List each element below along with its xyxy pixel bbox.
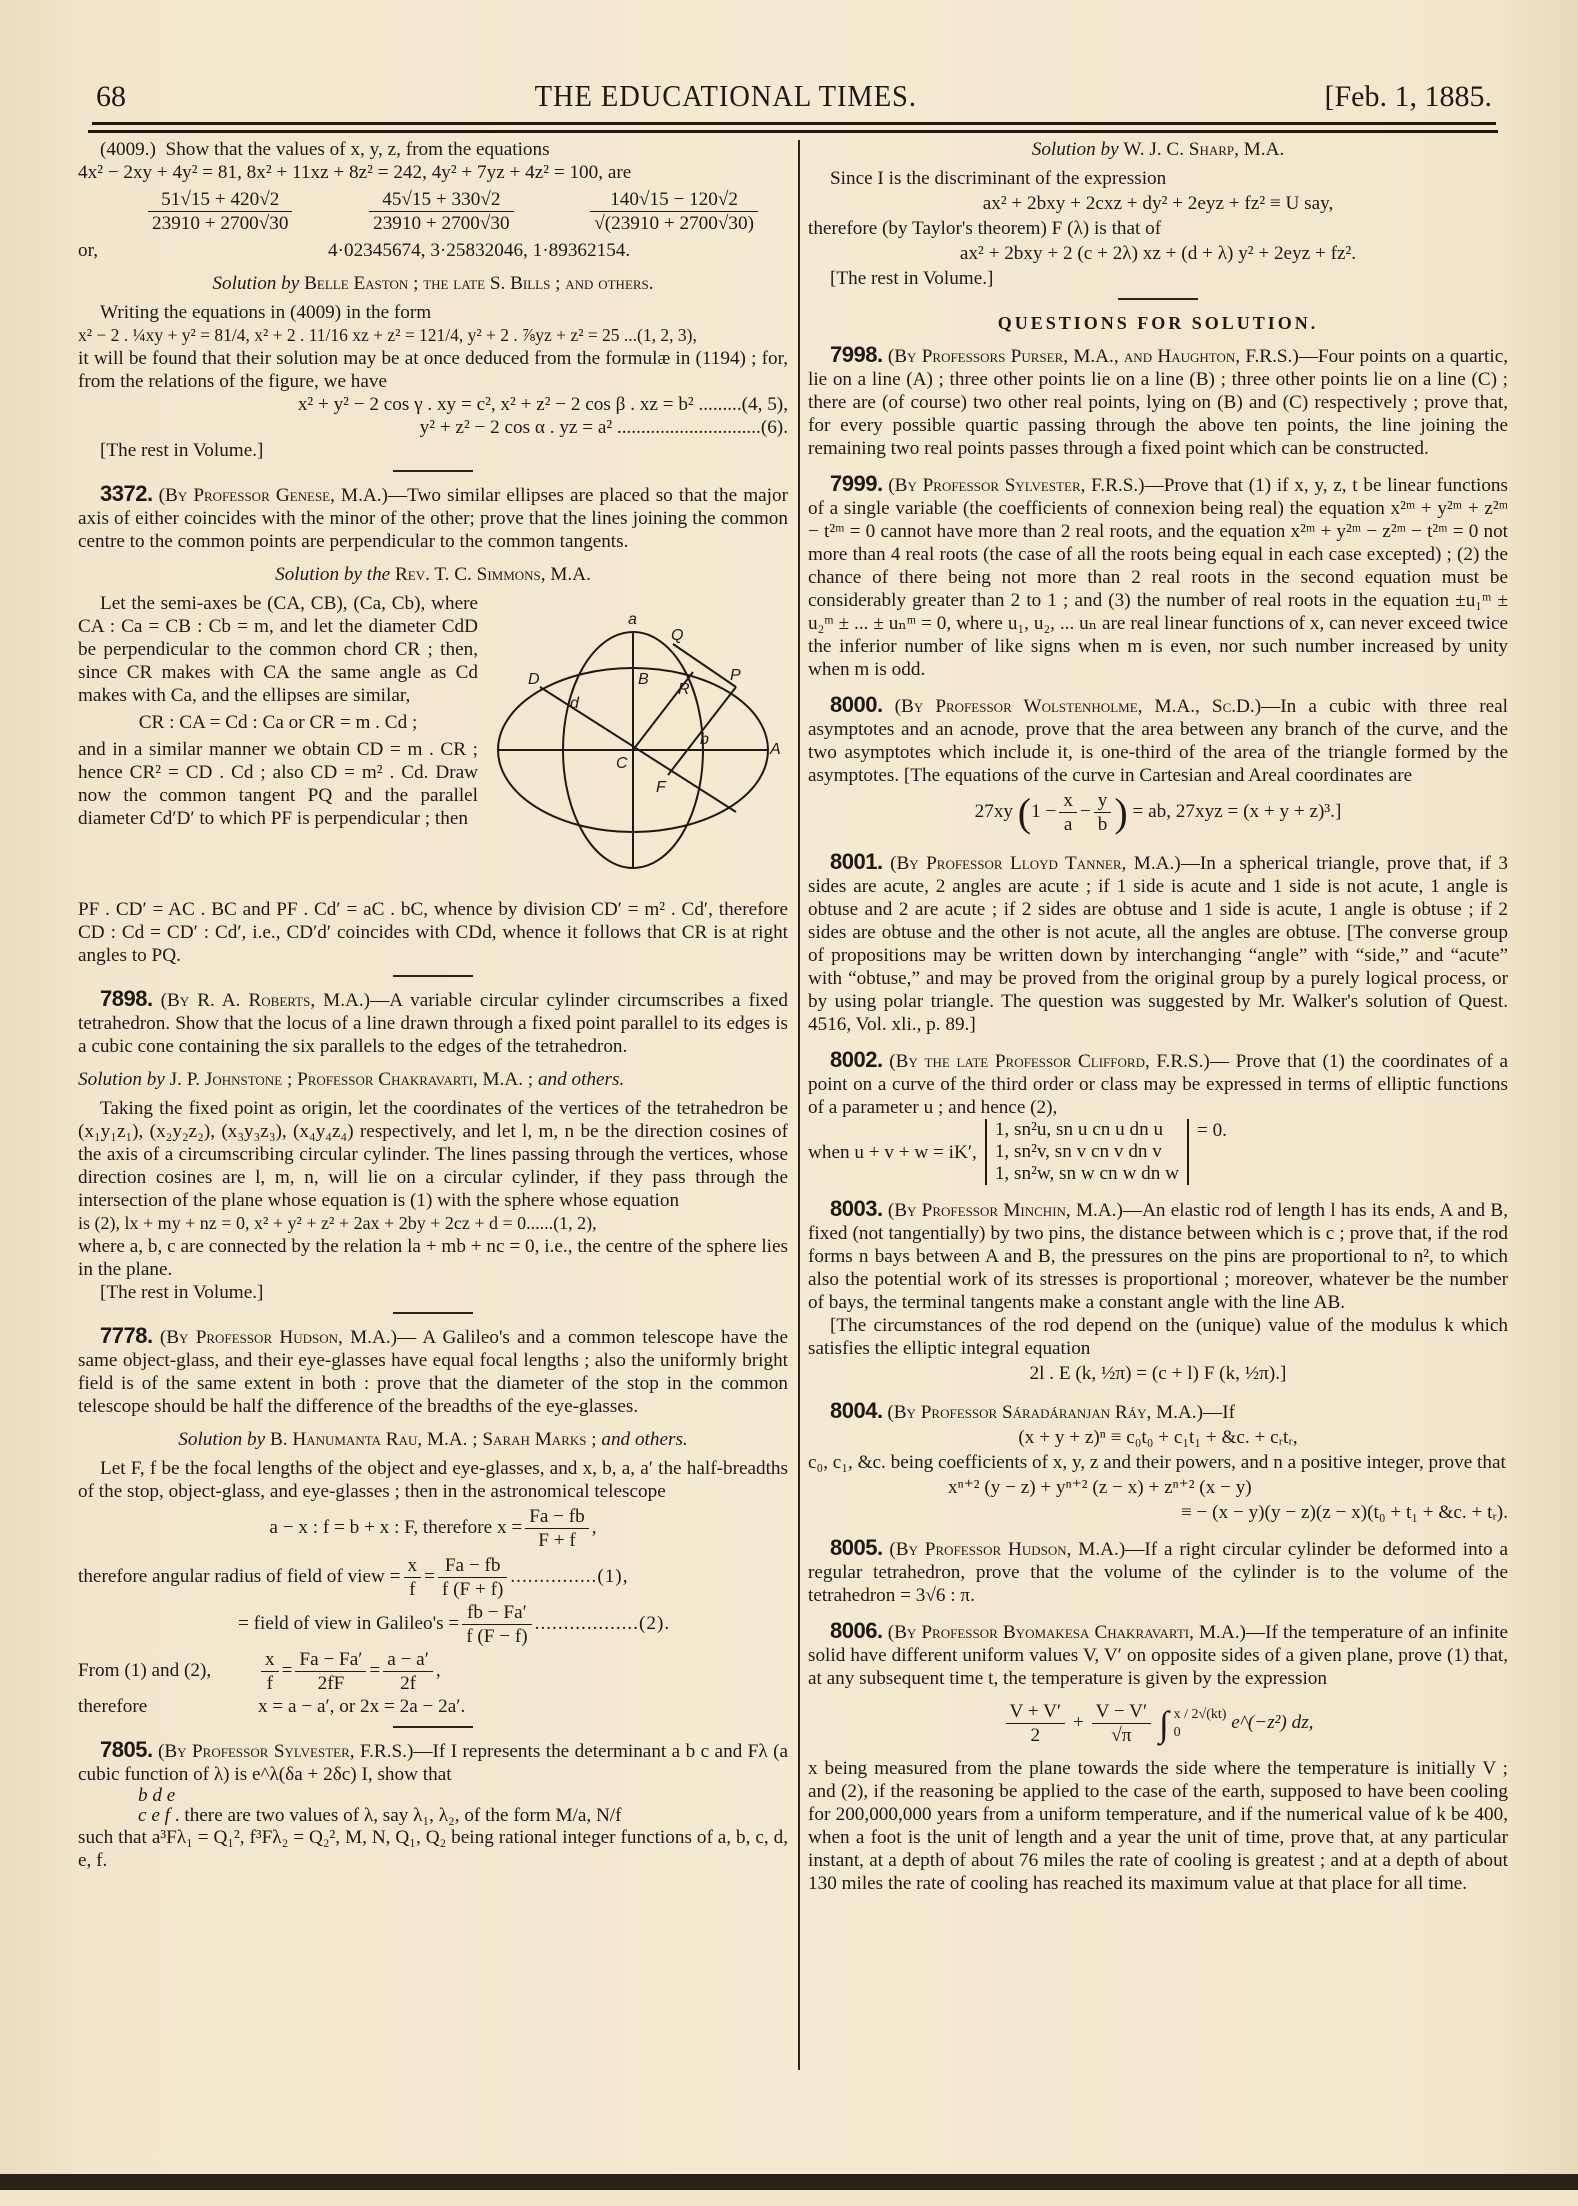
question-3372: 3372. (By Professor Genese, M.A.)—Two si… <box>78 482 788 967</box>
right-column: Solution by W. J. C. Sharp, M.A. Since I… <box>808 138 1508 1895</box>
spacer <box>808 838 1508 850</box>
solver-names: Belle Easton ; the late S. Bills ; and o… <box>304 273 653 294</box>
rest-in-volume: [The rest in Volume.] <box>78 439 788 462</box>
q8001-statement: 8001. (By Professor Lloyd Tanner, M.A.)—… <box>808 850 1508 1036</box>
solution-credit: Solution by B. Hanumanta Rau, M.A. ; Sar… <box>78 1428 788 1451</box>
question-number: 8003. <box>830 1196 883 1221</box>
solver-names: Rev. T. C. Simmons, M.A. <box>395 564 591 585</box>
fraction-den: f (F − f) <box>462 1625 531 1648</box>
q8006-statement: 8006. (By Professor Byomakesa Chakravart… <box>808 1619 1508 1690</box>
paragraph: and in a similar manner we obtain CD = m… <box>78 738 478 830</box>
publication-title: THE EDUCATIONAL TIMES. <box>534 78 916 114</box>
fraction-den: F + f <box>525 1529 589 1552</box>
fraction-z: 140√15 − 120√2√(23910 + 2700√30) <box>590 188 758 235</box>
question-author: (By Professors Purser, M.A., and Haughto… <box>888 346 1299 367</box>
solution-by-label: Solution by <box>178 1429 265 1450</box>
equation: ax² + 2bxy + 2 (c + 2λ) xz + (d + λ) y² … <box>808 242 1508 265</box>
question-number: 8006. <box>830 1618 883 1643</box>
spacer <box>808 460 1508 472</box>
figure-label-a: a <box>628 611 637 628</box>
figure-label-B: B <box>638 671 649 688</box>
spacer <box>808 1185 1508 1197</box>
equation-tag: ...............(1), <box>510 1566 628 1587</box>
paragraph: Let the semi-axes be (CA, CB), (Ca, Cb),… <box>78 592 478 707</box>
equation-4-5: x² + y² − 2 cos γ . xy = c², x² + z² − 2… <box>78 393 788 416</box>
sharp-solution: Solution by W. J. C. Sharp, M.A. Since I… <box>808 138 1508 290</box>
issue-date: [Feb. 1, 1885. <box>1325 80 1493 114</box>
fraction-x: 51√15 + 420√223910 + 2700√30 <box>148 188 292 235</box>
and-others: and others. <box>601 1429 687 1450</box>
equation-from-1-2: From (1) and (2),xf=Fa − Fa′2fF=a − a′2f… <box>78 1648 788 1695</box>
question-8002: 8002. (By the late Professor Clifford, F… <box>808 1048 1508 1185</box>
fraction-den: 2f <box>383 1672 433 1695</box>
paragraph: where a, b, c are connected by the relat… <box>78 1235 788 1281</box>
q8003-statement: 8003. (By Professor Minchin, M.A.)—An el… <box>808 1197 1508 1314</box>
paragraph: PF . CD′ = AC . BC and PF . Cd′ = aC . b… <box>78 898 788 967</box>
q4009-intro: (4009.) Show that the values of x, y, z,… <box>78 138 788 161</box>
fraction-den: 2fF <box>295 1672 366 1695</box>
equation-1-2: is (2), lx + my + nz = 0, x² + y² + z² +… <box>78 1212 788 1235</box>
paragraph: Since I is the discriminant of the expre… <box>808 167 1508 190</box>
equation-text: 1 − <box>1031 801 1056 822</box>
header-rule-bottom <box>88 130 1498 133</box>
q7999-statement: 7999. (By Professor Sylvester, F.R.S.)—P… <box>808 472 1508 681</box>
question-text: —Prove that (1) if x, y, z, t be linear … <box>808 475 1508 680</box>
solution-credit: Solution by the Rev. T. C. Simmons, M.A. <box>78 563 788 586</box>
fraction: Fa − Fa′2fF <box>295 1648 366 1695</box>
solver-names: B. Hanumanta Rau, M.A. ; Sarah Marks ; <box>270 1429 597 1450</box>
paragraph: c₀, c₁, &c. being coefficients of x, y, … <box>808 1451 1508 1474</box>
paragraph: x being measured from the plane towards … <box>808 1757 1508 1895</box>
section-separator <box>393 1312 473 1314</box>
fraction: yb <box>1094 789 1112 836</box>
fraction-num: 51√15 + 420√2 <box>148 188 292 212</box>
fraction-num: fb − Fa′ <box>462 1601 531 1625</box>
decimal-values: 4·02345674, 3·25832046, 1·89362154. <box>328 239 630 262</box>
q8002-statement: 8002. (By the late Professor Clifford, F… <box>808 1048 1508 1119</box>
paren: ( <box>1018 790 1031 835</box>
fraction: V + V′2 <box>1006 1700 1066 1747</box>
question-author: (By Professor Sáradáranjan Ráy, M.A.) <box>887 1402 1203 1423</box>
equation-1-2-3: x² − 2 . ¼xy + y² = 81/4, x² + 2 . 11/16… <box>78 324 788 347</box>
section-separator <box>393 470 473 472</box>
question-number: 8002. <box>830 1047 883 1072</box>
solver-names: J. P. Johnstone ; Professor Chakravarti,… <box>170 1069 533 1090</box>
determinant-row: b d e <box>138 1785 175 1806</box>
determinant-row: c e f <box>138 1805 170 1826</box>
and-others: and others. <box>538 1069 624 1090</box>
question-author: (By R. A. Roberts, M.A.) <box>161 990 370 1011</box>
fraction-num: a − a′ <box>383 1648 433 1672</box>
q4009-label: (4009.) <box>100 139 156 160</box>
fraction: xa <box>1059 789 1077 836</box>
equation: (x + y + z)ⁿ ≡ c₀t₀ + c₁t₁ + &c. + cᵣtᵣ, <box>808 1426 1508 1449</box>
question-7805: 7805. (By Professor Sylvester, F.R.S.)—I… <box>78 1738 788 1872</box>
q7998-statement: 7998. (By Professors Purser, M.A., and H… <box>808 343 1508 460</box>
paragraph: [The circumstances of the rod depend on … <box>808 1314 1508 1360</box>
question-number: 7898. <box>100 986 153 1011</box>
equation-text: therefore angular radius of field of vie… <box>78 1566 401 1587</box>
q8000-equation: 27xy (1 −xa−yb) = ab, 27xyz = (x + y + z… <box>808 789 1508 836</box>
spacer <box>808 1036 1508 1048</box>
page-bottom-edge <box>0 2174 1578 2190</box>
q8005-statement: 8005. (By Professor Hudson, M.A.)—If a r… <box>808 1536 1508 1607</box>
or-label: or, <box>78 239 228 262</box>
figure-label-Q: Q <box>671 627 683 644</box>
question-author: (By the late Professor Clifford, F.R.S.) <box>889 1051 1210 1072</box>
determinant-row: 1, sn²u, sn u cn u dn u <box>995 1119 1179 1141</box>
fraction: V − V′√π <box>1092 1700 1152 1747</box>
question-text: —If <box>1203 1402 1235 1423</box>
equation: ax² + 2bxy + 2cxz + dy² + 2eyz + fz² ≡ U… <box>808 192 1508 215</box>
fraction-den: b <box>1094 813 1112 836</box>
fraction-num: V − V′ <box>1092 1700 1152 1724</box>
fraction-den: 23910 + 2700√30 <box>369 212 513 235</box>
fraction: Fa − fbf (F + f) <box>438 1554 507 1601</box>
fraction-num: x <box>404 1554 422 1578</box>
q7805-determinant-line: b d e <box>78 1786 788 1806</box>
fraction-num: x <box>1059 789 1077 813</box>
fraction-den: √(23910 + 2700√30) <box>590 212 758 235</box>
equation-text: therefore <box>78 1695 258 1718</box>
question-number: 8000. <box>830 692 883 717</box>
equation-therefore: thereforex = a − a′, or 2x = 2a − 2a′. <box>78 1695 788 1718</box>
page-number: 68 <box>96 80 126 114</box>
section-separator <box>393 1726 473 1728</box>
question-4009-solution: (4009.) Show that the values of x, y, z,… <box>78 138 788 462</box>
question-author: (By Professor Byomakesa Chakravarti, M.A… <box>888 1622 1246 1643</box>
paragraph: Let F, f be the focal lengths of the obj… <box>78 1457 788 1503</box>
equation-x: a − x : f = b + x : F, therefore x =Fa −… <box>78 1505 788 1552</box>
question-8004: 8004. (By Professor Sáradáranjan Ráy, M.… <box>808 1399 1508 1524</box>
figure-label-P: P <box>730 667 741 684</box>
fraction-den: a <box>1059 813 1077 836</box>
q8004-statement: 8004. (By Professor Sáradáranjan Ráy, M.… <box>808 1399 1508 1424</box>
equation-2: = field of view in Galileo's =fb − Fa′f … <box>78 1601 788 1648</box>
question-7778: 7778. (By Professor Hudson, M.A.)— A Gal… <box>78 1324 788 1718</box>
equation: 2l . E (k, ½π) = (c + l) F (k, ½π).] <box>808 1362 1508 1385</box>
equation-text: 27xy <box>975 801 1013 822</box>
fraction-den: √π <box>1092 1724 1152 1747</box>
fraction-num: 45√15 + 330√2 <box>369 188 513 212</box>
q8006-integral-expression: V + V′2 + V − V′√π ∫ x / 2√(kt)0 e^(−z²)… <box>808 1700 1508 1747</box>
equation: xⁿ⁺² (y − z) + yⁿ⁺² (z − x) + zⁿ⁺² (x − … <box>808 1476 1508 1499</box>
solution-by-label: Solution by the <box>275 564 390 585</box>
solution-text: Let the semi-axes be (CA, CB), (Ca, Cb),… <box>78 592 478 898</box>
paragraph: Taking the fixed point as origin, let th… <box>78 1097 788 1212</box>
question-author: (By Professor Hudson, M.A.) <box>889 1539 1125 1560</box>
question-number: 3372. <box>100 481 153 506</box>
section-separator <box>1118 298 1198 300</box>
equation-6: y² + z² − 2 cos α . yz = a² ............… <box>78 416 788 439</box>
section-separator <box>393 975 473 977</box>
question-author: (By Professor Wolstenholme, M.A., Sc.D.) <box>895 696 1261 717</box>
equation-text: = ab, 27xyz = (x + y + z)³.] <box>1132 801 1341 822</box>
equation-text: From (1) and (2), <box>78 1659 258 1682</box>
fraction: xf <box>261 1648 279 1695</box>
operator: + <box>1073 1712 1084 1733</box>
rest-in-volume: [The rest in Volume.] <box>78 1281 788 1304</box>
equation-text: = field of view in Galileo's = <box>238 1613 459 1634</box>
question-text: . there are two values of λ, say λ₁, λ₂,… <box>175 1805 622 1826</box>
lower-limit: 0 <box>1174 1724 1227 1742</box>
determinant-row: 1, sn²v, sn v cn v dn v <box>995 1141 1179 1163</box>
spacer <box>808 1524 1508 1536</box>
fraction-num: V + V′ <box>1006 1700 1066 1724</box>
equation-text: = 0. <box>1197 1119 1227 1142</box>
operator: − <box>1080 801 1091 822</box>
fraction: Fa − fbF + f <box>525 1505 589 1552</box>
integral-limits: x / 2√(kt)0 <box>1174 1706 1227 1742</box>
fraction-num: Fa − fb <box>525 1505 589 1529</box>
newspaper-page: 68 THE EDUCATIONAL TIMES. [Feb. 1, 1885.… <box>0 0 1578 2190</box>
question-number: 8004. <box>830 1398 883 1423</box>
equation-text: when u + v + w = iK′, <box>808 1141 977 1164</box>
figure-label-F: F <box>656 779 667 796</box>
question-8005: 8005. (By Professor Hudson, M.A.)—If a r… <box>808 1536 1508 1607</box>
fraction-num: Fa − fb <box>438 1554 507 1578</box>
q8002-determinant-equation: when u + v + w = iK′, 1, sn²u, sn u cn u… <box>808 1119 1508 1185</box>
equation: CR : CA = Cd : Ca or CR = m . Cd ; <box>78 711 478 734</box>
integral-sign: ∫ <box>1159 1706 1169 1742</box>
question-number: 8005. <box>830 1535 883 1560</box>
figure-label-b: b <box>700 731 709 748</box>
rest-in-volume: [The rest in Volume.] <box>808 267 1508 290</box>
column-divider <box>798 140 800 2070</box>
solution-by-label: Solution by <box>78 1069 165 1090</box>
page-header: 68 THE EDUCATIONAL TIMES. [Feb. 1, 1885. <box>96 78 1492 128</box>
fraction-num: 140√15 − 120√2 <box>590 188 758 212</box>
solution-by-label: Solution by <box>1032 139 1119 160</box>
equation-1: therefore angular radius of field of vie… <box>78 1554 788 1601</box>
fraction-den: f (F + f) <box>438 1578 507 1601</box>
spacer <box>808 1387 1508 1399</box>
question-number: 7999. <box>830 471 883 496</box>
header-rule-top <box>92 122 1496 125</box>
fraction: fb − Fa′f (F − f) <box>462 1601 531 1648</box>
paragraph: therefore (by Taylor's theorem) F (λ) is… <box>808 217 1508 240</box>
question-7999: 7999. (By Professor Sylvester, F.R.S.)—P… <box>808 472 1508 681</box>
q7778-statement: 7778. (By Professor Hudson, M.A.)— A Gal… <box>78 1324 788 1418</box>
q7805-statement: 7805. (By Professor Sylvester, F.R.S.)—I… <box>78 1738 788 1786</box>
q8000-statement: 8000. (By Professor Wolstenholme, M.A., … <box>808 693 1508 787</box>
question-number: 7998. <box>830 342 883 367</box>
equation-text: x = a − a′, or 2x = 2a − 2a′. <box>258 1696 465 1717</box>
q7898-statement: 7898. (By R. A. Roberts, M.A.)—A variabl… <box>78 987 788 1058</box>
q3372-statement: 3372. (By Professor Genese, M.A.)—Two si… <box>78 482 788 553</box>
section-heading: QUESTIONS FOR SOLUTION. <box>808 312 1508 335</box>
spacer <box>808 1607 1508 1619</box>
q4009-fractions: 51√15 + 420√223910 + 2700√30 45√15 + 330… <box>78 188 788 235</box>
paragraph: Writing the equations in (4009) in the f… <box>78 301 788 324</box>
spacer <box>808 681 1508 693</box>
left-column: (4009.) Show that the values of x, y, z,… <box>78 138 788 1872</box>
fraction-den: 2 <box>1006 1724 1066 1747</box>
question-text: —In a spherical triangle, prove that, if… <box>808 853 1508 1035</box>
question-8001: 8001. (By Professor Lloyd Tanner, M.A.)—… <box>808 850 1508 1036</box>
fraction-num: y <box>1094 789 1112 813</box>
integrand: e^(−z²) dz, <box>1231 1712 1313 1733</box>
paren: ) <box>1114 790 1127 835</box>
question-author: (By Professor Lloyd Tanner, M.A.) <box>890 853 1181 874</box>
figure-label-D: D <box>528 671 540 688</box>
question-8003: 8003. (By Professor Minchin, M.A.)—An el… <box>808 1197 1508 1385</box>
solver-names: W. J. C. Sharp, M.A. <box>1123 139 1284 160</box>
q4009-decimals: or,4·02345674, 3·25832046, 1·89362154. <box>78 239 788 262</box>
solution-by-label: Solution by <box>212 273 299 294</box>
question-author: (By Professor Minchin, M.A.) <box>888 1200 1123 1221</box>
ellipses-diagram: a Q D B P R d b A C F <box>478 592 788 898</box>
question-author: (By Professor Genese, M.A.) <box>159 485 388 506</box>
fraction-den: f <box>261 1672 279 1695</box>
figure-label-C: C <box>616 755 628 772</box>
question-number: 7778. <box>100 1323 153 1348</box>
solution-credit: Solution by Belle Easton ; the late S. B… <box>78 272 788 295</box>
question-8006: 8006. (By Professor Byomakesa Chakravart… <box>808 1619 1508 1895</box>
question-7898: 7898. (By R. A. Roberts, M.A.)—A variabl… <box>78 987 788 1304</box>
question-text: such that a³Fλ₁ = Q₁², f³Fλ₂ = Q₂², M, N… <box>78 1826 788 1872</box>
figure-label-R: R <box>678 681 690 698</box>
question-number: 7805. <box>100 1737 153 1762</box>
fraction-den: 23910 + 2700√30 <box>148 212 292 235</box>
question-author: (By Professor Hudson, M.A.) <box>160 1327 397 1348</box>
solution-credit: Solution by J. P. Johnstone ; Professor … <box>78 1068 788 1091</box>
fraction: xf <box>404 1554 422 1601</box>
question-7998: 7998. (By Professors Purser, M.A., and H… <box>808 343 1508 460</box>
equation-tag: ..................(2). <box>535 1613 671 1634</box>
determinant-row: 1, sn²w, sn w cn w dn w <box>995 1163 1179 1185</box>
question-author: (By Professor Sylvester, F.R.S.) <box>158 1741 413 1762</box>
equation: ≡ − (x − y)(y − z)(z − x)(t₀ + t₁ + &c. … <box>808 1501 1508 1524</box>
fraction-den: f <box>404 1578 422 1601</box>
solution-with-figure: Let the semi-axes be (CA, CB), (Ca, Cb),… <box>78 592 788 898</box>
q4009-equations: 4x² − 2xy + 4y² = 81, 8x² + 11xz + 8z² =… <box>78 161 788 184</box>
question-number: 8001. <box>830 849 883 874</box>
fraction-y: 45√15 + 330√223910 + 2700√30 <box>369 188 513 235</box>
paragraph: it will be found that their solution may… <box>78 347 788 393</box>
fraction-num: x <box>261 1648 279 1672</box>
two-ellipses-figure: a Q D B P R d b A C F <box>478 592 788 892</box>
q7805-determinant-line: c e f . there are two values of λ, say λ… <box>78 1806 788 1826</box>
upper-limit: x / 2√(kt) <box>1174 1706 1227 1724</box>
determinant: 1, sn²u, sn u cn u dn u 1, sn²v, sn v cn… <box>985 1119 1189 1185</box>
question-8000: 8000. (By Professor Wolstenholme, M.A., … <box>808 693 1508 836</box>
solution-credit: Solution by W. J. C. Sharp, M.A. <box>808 138 1508 161</box>
q4009-intro-text: Show that the values of x, y, z, from th… <box>166 139 550 160</box>
fraction: a − a′2f <box>383 1648 433 1695</box>
question-author: (By Professor Sylvester, F.R.S.) <box>888 475 1144 496</box>
figure-label-d: d <box>570 695 580 712</box>
equation-text: a − x : f = b + x : F, therefore x = <box>269 1517 522 1538</box>
figure-label-A: A <box>769 741 781 758</box>
fraction-num: Fa − Fa′ <box>295 1648 366 1672</box>
